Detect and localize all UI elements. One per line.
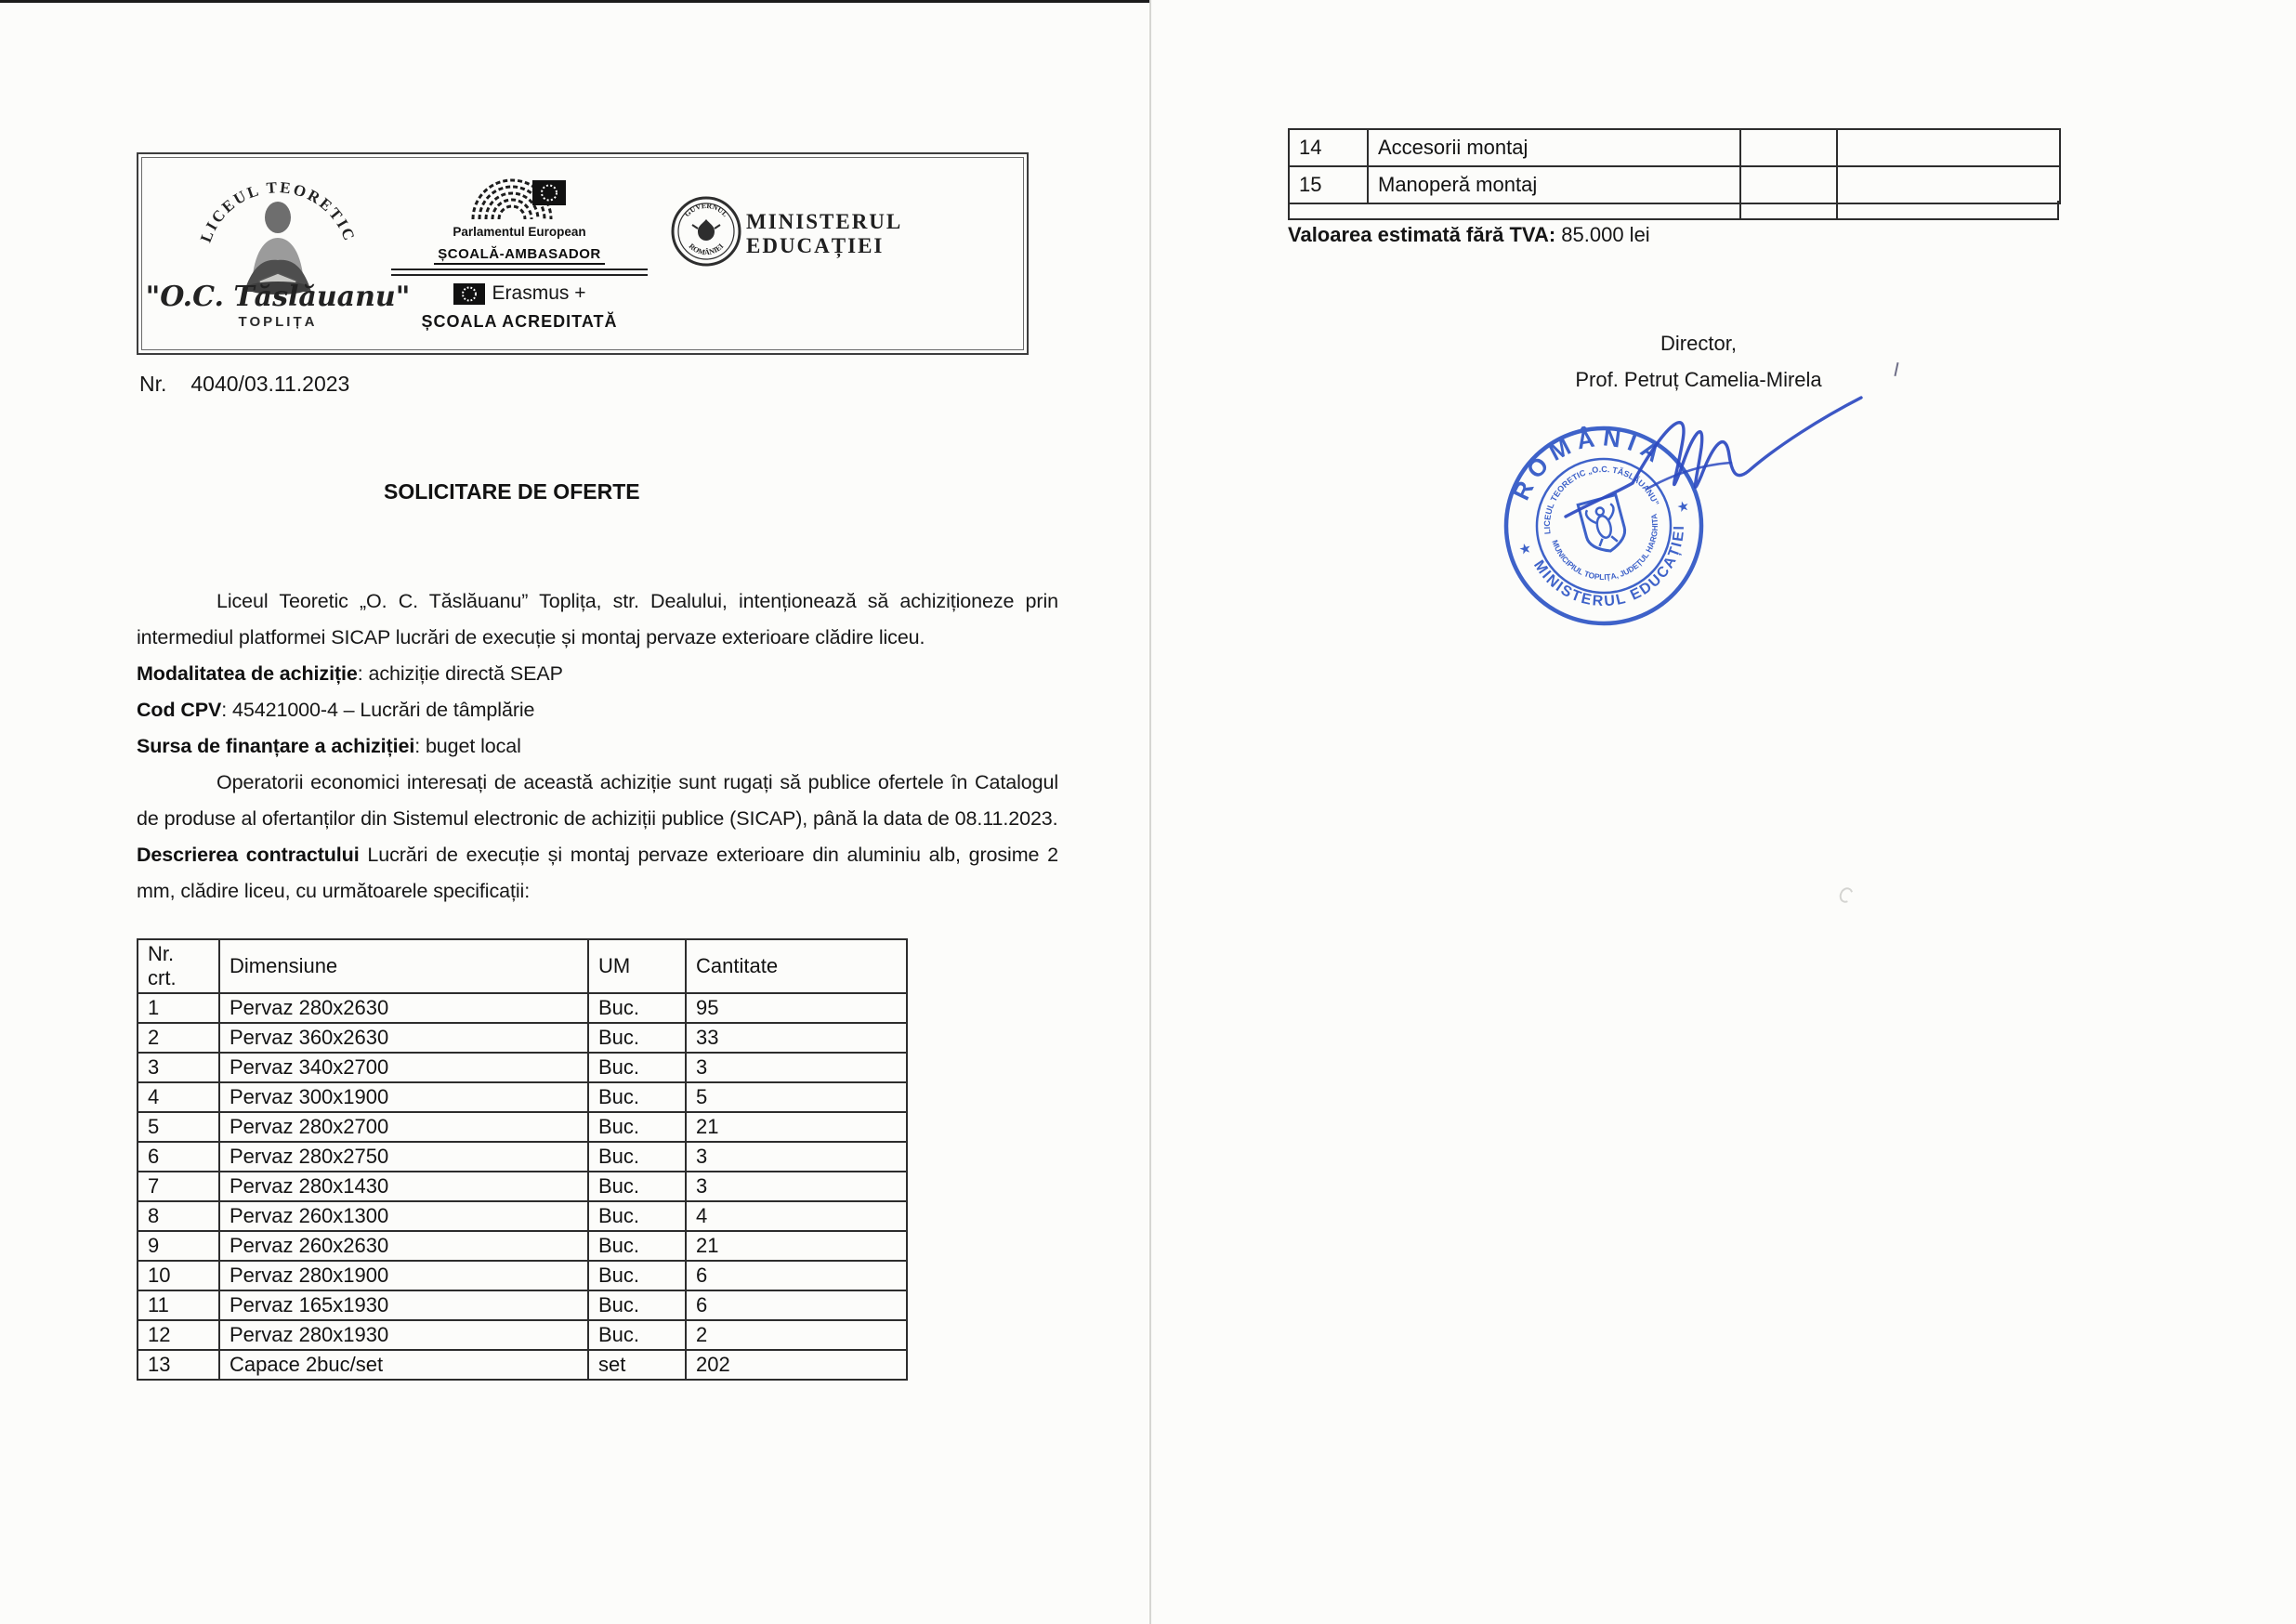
page-divider: [1149, 0, 1151, 1624]
cell-nr: 7: [138, 1172, 219, 1201]
ink-speck: [1837, 885, 1856, 905]
cell-dimensiune: Pervaz 280x2630: [219, 993, 588, 1023]
cell-cantitate: 6: [686, 1261, 907, 1290]
table-row: 6Pervaz 280x2750Buc.3: [138, 1142, 907, 1172]
cell-dimensiune: Pervaz 280x2700: [219, 1112, 588, 1142]
table-row: 8Pervaz 260x1300Buc.4: [138, 1201, 907, 1231]
header-cantitate: Cantitate: [686, 939, 907, 993]
cell-dimensiune: Pervaz 260x2630: [219, 1231, 588, 1261]
table-row: 1Pervaz 280x2630Buc.95: [138, 993, 907, 1023]
page-title: SOLICITARE DE OFERTE: [384, 479, 640, 504]
cell-cantitate: [1837, 166, 2060, 203]
school-ambassador-label: ȘCOALĂ-AMBASADOR: [434, 246, 605, 265]
director-title: Director,: [1476, 325, 1922, 361]
paragraph: Sursa de finanțare a achiziției: buget l…: [137, 728, 1058, 765]
paragraph-lead: Cod CPV: [137, 699, 221, 721]
cell-dimensiune: Pervaz 165x1930: [219, 1290, 588, 1320]
cell-dimensiune: Pervaz 280x2750: [219, 1142, 588, 1172]
cell-um: [1740, 166, 1837, 203]
table-row: 7Pervaz 280x1430Buc.3: [138, 1172, 907, 1201]
table-row: 3Pervaz 340x2700Buc.3: [138, 1053, 907, 1082]
cell-dimensiune: Pervaz 280x1430: [219, 1172, 588, 1201]
scanned-document: LICEUL TEORETIC "O.C. Tăslăuanu" TOPLIȚA: [0, 0, 2296, 1624]
double-rule: [391, 268, 648, 276]
erasmus-label: Erasmus +: [492, 282, 586, 305]
doc-number-value: 4040/03.11.2023: [190, 372, 349, 396]
table-row: 14Accesorii montaj: [1289, 129, 2060, 166]
cell-cantitate: 21: [686, 1231, 907, 1261]
cell-nr: 9: [138, 1231, 219, 1261]
cell-um: Buc.: [588, 1053, 686, 1082]
table-row: 13Capace 2buc/setset202: [138, 1350, 907, 1380]
cell-nr: 5: [138, 1112, 219, 1142]
cell-um: Buc.: [588, 1231, 686, 1261]
stamp-star-left: ★: [1517, 540, 1533, 558]
table-row: 10Pervaz 280x1900Buc.6: [138, 1261, 907, 1290]
parliament-caption: Parlamentul European: [397, 225, 642, 239]
cell-nr: 8: [138, 1201, 219, 1231]
letterhead-box: LICEUL TEORETIC "O.C. Tăslăuanu" TOPLIȚA: [137, 152, 1029, 355]
erasmus-row: Erasmus +: [397, 282, 642, 305]
paragraph: Operatorii economici interesați de aceas…: [137, 765, 1058, 837]
parliament-hemicycle-logo: [466, 164, 573, 223]
paragraph: Modalitatea de achiziție: achiziție dire…: [137, 656, 1058, 692]
cell-nr: 3: [138, 1053, 219, 1082]
accredited-school-label: ȘCOALA ACREDITATĂ: [397, 312, 642, 332]
cell-um: Buc.: [588, 1320, 686, 1350]
table-row: 2Pervaz 360x2630Buc.33: [138, 1023, 907, 1053]
table-row: 11Pervaz 165x1930Buc.6: [138, 1290, 907, 1320]
spec-table-continued: 14Accesorii montaj15Manoperă montaj: [1288, 128, 2061, 204]
cell-um: Buc.: [588, 993, 686, 1023]
parliament-logo-group: Parlamentul European ȘCOALĂ-AMBASADOR Er…: [397, 154, 642, 265]
table-row: 4Pervaz 300x1900Buc.5: [138, 1082, 907, 1112]
estimated-value: 85.000 lei: [1555, 223, 1650, 246]
eu-flag-icon: [453, 283, 485, 305]
cell-um: [1740, 129, 1837, 166]
cell-dimensiune: Pervaz 300x1900: [219, 1082, 588, 1112]
cell-um: Buc.: [588, 1290, 686, 1320]
table-header-row: Nr.crt. Dimensiune UM Cantitate: [138, 939, 907, 993]
cell-cantitate: 2: [686, 1320, 907, 1350]
cell-nr: 14: [1289, 129, 1368, 166]
paragraph-lead: Sursa de finanțare a achiziției: [137, 735, 414, 757]
cell-um: Buc.: [588, 1172, 686, 1201]
cell-cantitate: 33: [686, 1023, 907, 1053]
cell-um: Buc.: [588, 1082, 686, 1112]
cell-nr: 15: [1289, 166, 1368, 203]
table-row: 5Pervaz 280x2700Buc.21: [138, 1112, 907, 1142]
cell-um: Buc.: [588, 1261, 686, 1290]
paragraph: Descrierea contractului Lucrări de execu…: [137, 837, 1058, 910]
estimated-value-label: Valoarea estimată fără TVA:: [1288, 223, 1555, 246]
letter-body: Liceul Teoretic „O. C. Tăslăuanu” Topliț…: [137, 583, 1058, 910]
header-um: UM: [588, 939, 686, 993]
cell-cantitate: 21: [686, 1112, 907, 1142]
svg-text:GUVERNUL: GUVERNUL: [683, 202, 729, 218]
cell-dimensiune: Pervaz 260x1300: [219, 1201, 588, 1231]
paragraph: Cod CPV: 45421000-4 – Lucrări de tâmplăr…: [137, 692, 1058, 728]
cell-nr: 13: [138, 1350, 219, 1380]
handwritten-signature: [1528, 379, 1872, 542]
paragraph: Liceul Teoretic „O. C. Tăslăuanu” Topliț…: [137, 583, 1058, 656]
estimated-value-line: Valoarea estimată fără TVA: 85.000 lei: [1288, 223, 1650, 247]
cell-cantitate: 202: [686, 1350, 907, 1380]
cell-um: Buc.: [588, 1112, 686, 1142]
cell-um: Buc.: [588, 1142, 686, 1172]
cell-nr: 12: [138, 1320, 219, 1350]
doc-number: Nr.4040/03.11.2023: [139, 372, 349, 397]
header-dimensiune: Dimensiune: [219, 939, 588, 993]
paragraph-lead: Modalitatea de achiziție: [137, 662, 358, 685]
cell-cantitate: 95: [686, 993, 907, 1023]
cell-nr: 6: [138, 1142, 219, 1172]
cell-nr: 4: [138, 1082, 219, 1112]
cell-dimensiune: Accesorii montaj: [1368, 129, 1740, 166]
cell-nr: 11: [138, 1290, 219, 1320]
cell-cantitate: 3: [686, 1053, 907, 1082]
cell-dimensiune: Pervaz 280x1930: [219, 1320, 588, 1350]
cell-cantitate: 3: [686, 1142, 907, 1172]
table-row: 12Pervaz 280x1930Buc.2: [138, 1320, 907, 1350]
cell-nr: 10: [138, 1261, 219, 1290]
cell-cantitate: [1837, 129, 2060, 166]
cell-dimensiune: Manoperă montaj: [1368, 166, 1740, 203]
school-city: TOPLIȚA: [138, 314, 417, 330]
cell-dimensiune: Pervaz 360x2630: [219, 1023, 588, 1053]
cell-dimensiune: Pervaz 340x2700: [219, 1053, 588, 1082]
cell-dimensiune: Capace 2buc/set: [219, 1350, 588, 1380]
paragraph-lead: Descrierea contractului: [137, 844, 360, 866]
table-outer-frame: [1288, 201, 2059, 220]
header-nr-crt: Nr.crt.: [138, 939, 219, 993]
school-name: "O.C. Tăslăuanu": [138, 281, 417, 313]
cell-um: Buc.: [588, 1023, 686, 1053]
cell-cantitate: 4: [686, 1201, 907, 1231]
government-seal: GUVERNUL ROMÂNIEI: [670, 195, 742, 268]
svg-text:ROMÂNIEI: ROMÂNIEI: [688, 242, 726, 256]
cell-dimensiune: Pervaz 280x1900: [219, 1261, 588, 1290]
doc-number-label: Nr.: [139, 372, 166, 396]
cell-nr: 1: [138, 993, 219, 1023]
cell-um: set: [588, 1350, 686, 1380]
cell-um: Buc.: [588, 1201, 686, 1231]
cell-cantitate: 6: [686, 1290, 907, 1320]
table-row: 15Manoperă montaj: [1289, 166, 2060, 203]
cell-nr: 2: [138, 1023, 219, 1053]
spec-table: Nr.crt. Dimensiune UM Cantitate 1Pervaz …: [137, 938, 908, 1381]
ministry-label: MINISTERUL EDUCAȚIEI: [746, 210, 1027, 258]
cell-cantitate: 3: [686, 1172, 907, 1201]
cell-cantitate: 5: [686, 1082, 907, 1112]
table-row: 9Pervaz 260x2630Buc.21: [138, 1231, 907, 1261]
scan-edge-line: [0, 0, 1151, 3]
